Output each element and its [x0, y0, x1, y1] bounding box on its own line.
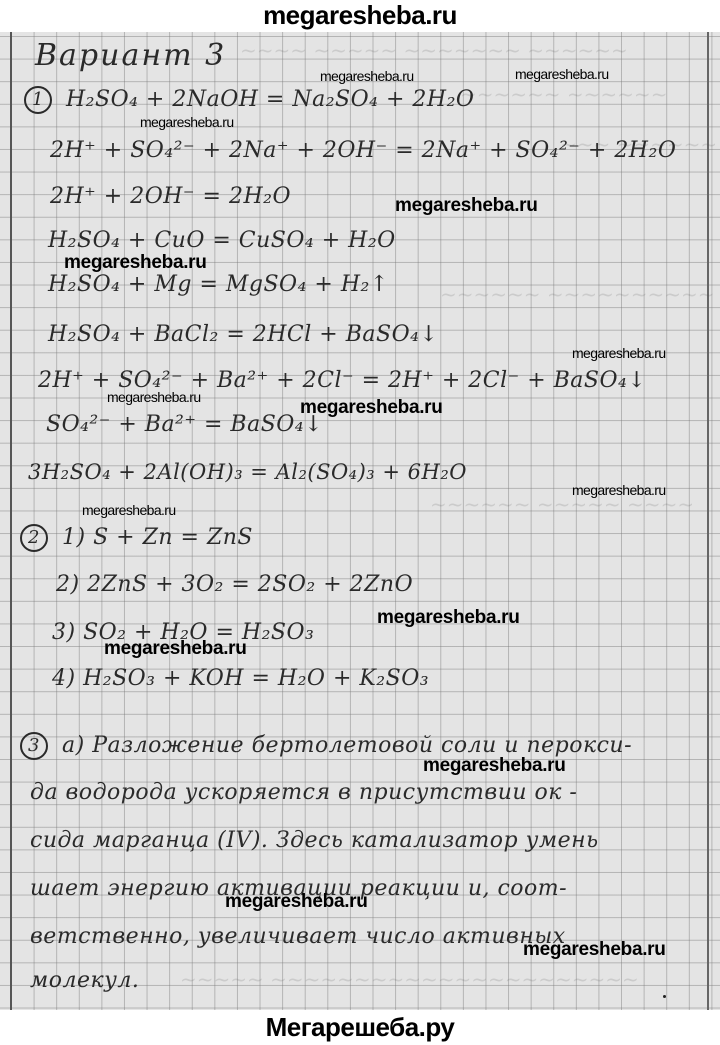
- left-margin-line: [10, 32, 12, 1010]
- right-margin-line: [707, 32, 709, 1010]
- watermark: megaresheba.ru: [423, 755, 566, 777]
- notebook-page: ~~~~ ~~~~~ ~~~~~~~ ~~~~~~ ~~~~~~ ~~~~~~ …: [0, 32, 720, 1010]
- task3-line-2: да водорода ускоряется в присутствии ок …: [30, 780, 577, 805]
- watermark: megaresheba.ru: [82, 502, 176, 518]
- task3-line-6: молекул.: [30, 968, 139, 993]
- task1-line-2: 2H⁺ + SO₄²⁻ + 2Na⁺ + 2OH⁻ = 2Na⁺ + SO₄²⁻…: [50, 138, 676, 163]
- site-header: megaresheba.ru: [0, 0, 720, 32]
- watermark: megaresheba.ru: [377, 607, 520, 629]
- ink-dot: [663, 995, 666, 998]
- watermark: megaresheba.ru: [523, 939, 666, 961]
- task1-line-6: H₂SO₄ + BaCl₂ = 2HCl + BaSO₄↓: [48, 322, 438, 347]
- watermark: megaresheba.ru: [572, 482, 666, 498]
- task2-line-1: 21) S + Zn = ZnS: [20, 524, 253, 552]
- variant-title: Вариант 3: [35, 38, 226, 73]
- task1-line-5: H₂SO₄ + Mg = MgSO₄ + H₂↑: [48, 272, 389, 297]
- watermark: megaresheba.ru: [225, 891, 368, 913]
- bleed-through-text: ~~~~~ ~~~~~~~~~~~~~~~~~~~~~~: [180, 967, 639, 991]
- task1-line-8: SO₄²⁻ + Ba²⁺ = BaSO₄↓: [46, 412, 323, 437]
- task3-number-badge: 3: [20, 732, 48, 760]
- watermark: megaresheba.ru: [515, 66, 609, 82]
- task2-line-2: 2) 2ZnS + 3O₂ = 2SO₂ + 2ZnO: [56, 572, 413, 597]
- watermark: megaresheba.ru: [300, 397, 443, 419]
- watermark: megaresheba.ru: [64, 252, 207, 274]
- task1-line-4: H₂SO₄ + CuO = CuSO₄ + H₂O: [48, 228, 396, 253]
- watermark: megaresheba.ru: [107, 389, 201, 405]
- watermark: megaresheba.ru: [572, 345, 666, 361]
- task2-line-4: 4) H₂SO₃ + KOH = H₂O + K₂SO₃: [52, 666, 429, 691]
- watermark: megaresheba.ru: [140, 114, 234, 130]
- bleed-through-text: ~~~~~~ ~~~~~~~~~~: [440, 282, 714, 306]
- task2-number-badge: 2: [20, 524, 48, 552]
- watermark: megaresheba.ru: [395, 195, 538, 217]
- task3-line-5: ветственно, увеличивает число активных: [30, 924, 566, 949]
- task1-line-9: 3H₂SO₄ + 2Al(OH)₃ = Al₂(SO₄)₃ + 6H₂O: [28, 460, 467, 484]
- task1-line-1: 1H₂SO₄ + 2NaOH = Na₂SO₄ + 2H₂O: [24, 86, 474, 114]
- task3-line-3: сида марганца (IV). Здесь катализатор ум…: [30, 828, 599, 853]
- task1-line-3: 2H⁺ + 2OH⁻ = 2H₂O: [50, 184, 291, 209]
- site-footer: Мегарешеба.ру: [0, 1012, 720, 1045]
- watermark: megaresheba.ru: [320, 68, 414, 84]
- task1-number-badge: 1: [24, 86, 52, 114]
- bleed-through-text: ~~~~~~ ~~~~~~: [460, 82, 667, 106]
- bleed-through-text: ~~~~ ~~~~~ ~~~~~~~ ~~~~~~: [240, 38, 628, 62]
- watermark: megaresheba.ru: [104, 638, 247, 660]
